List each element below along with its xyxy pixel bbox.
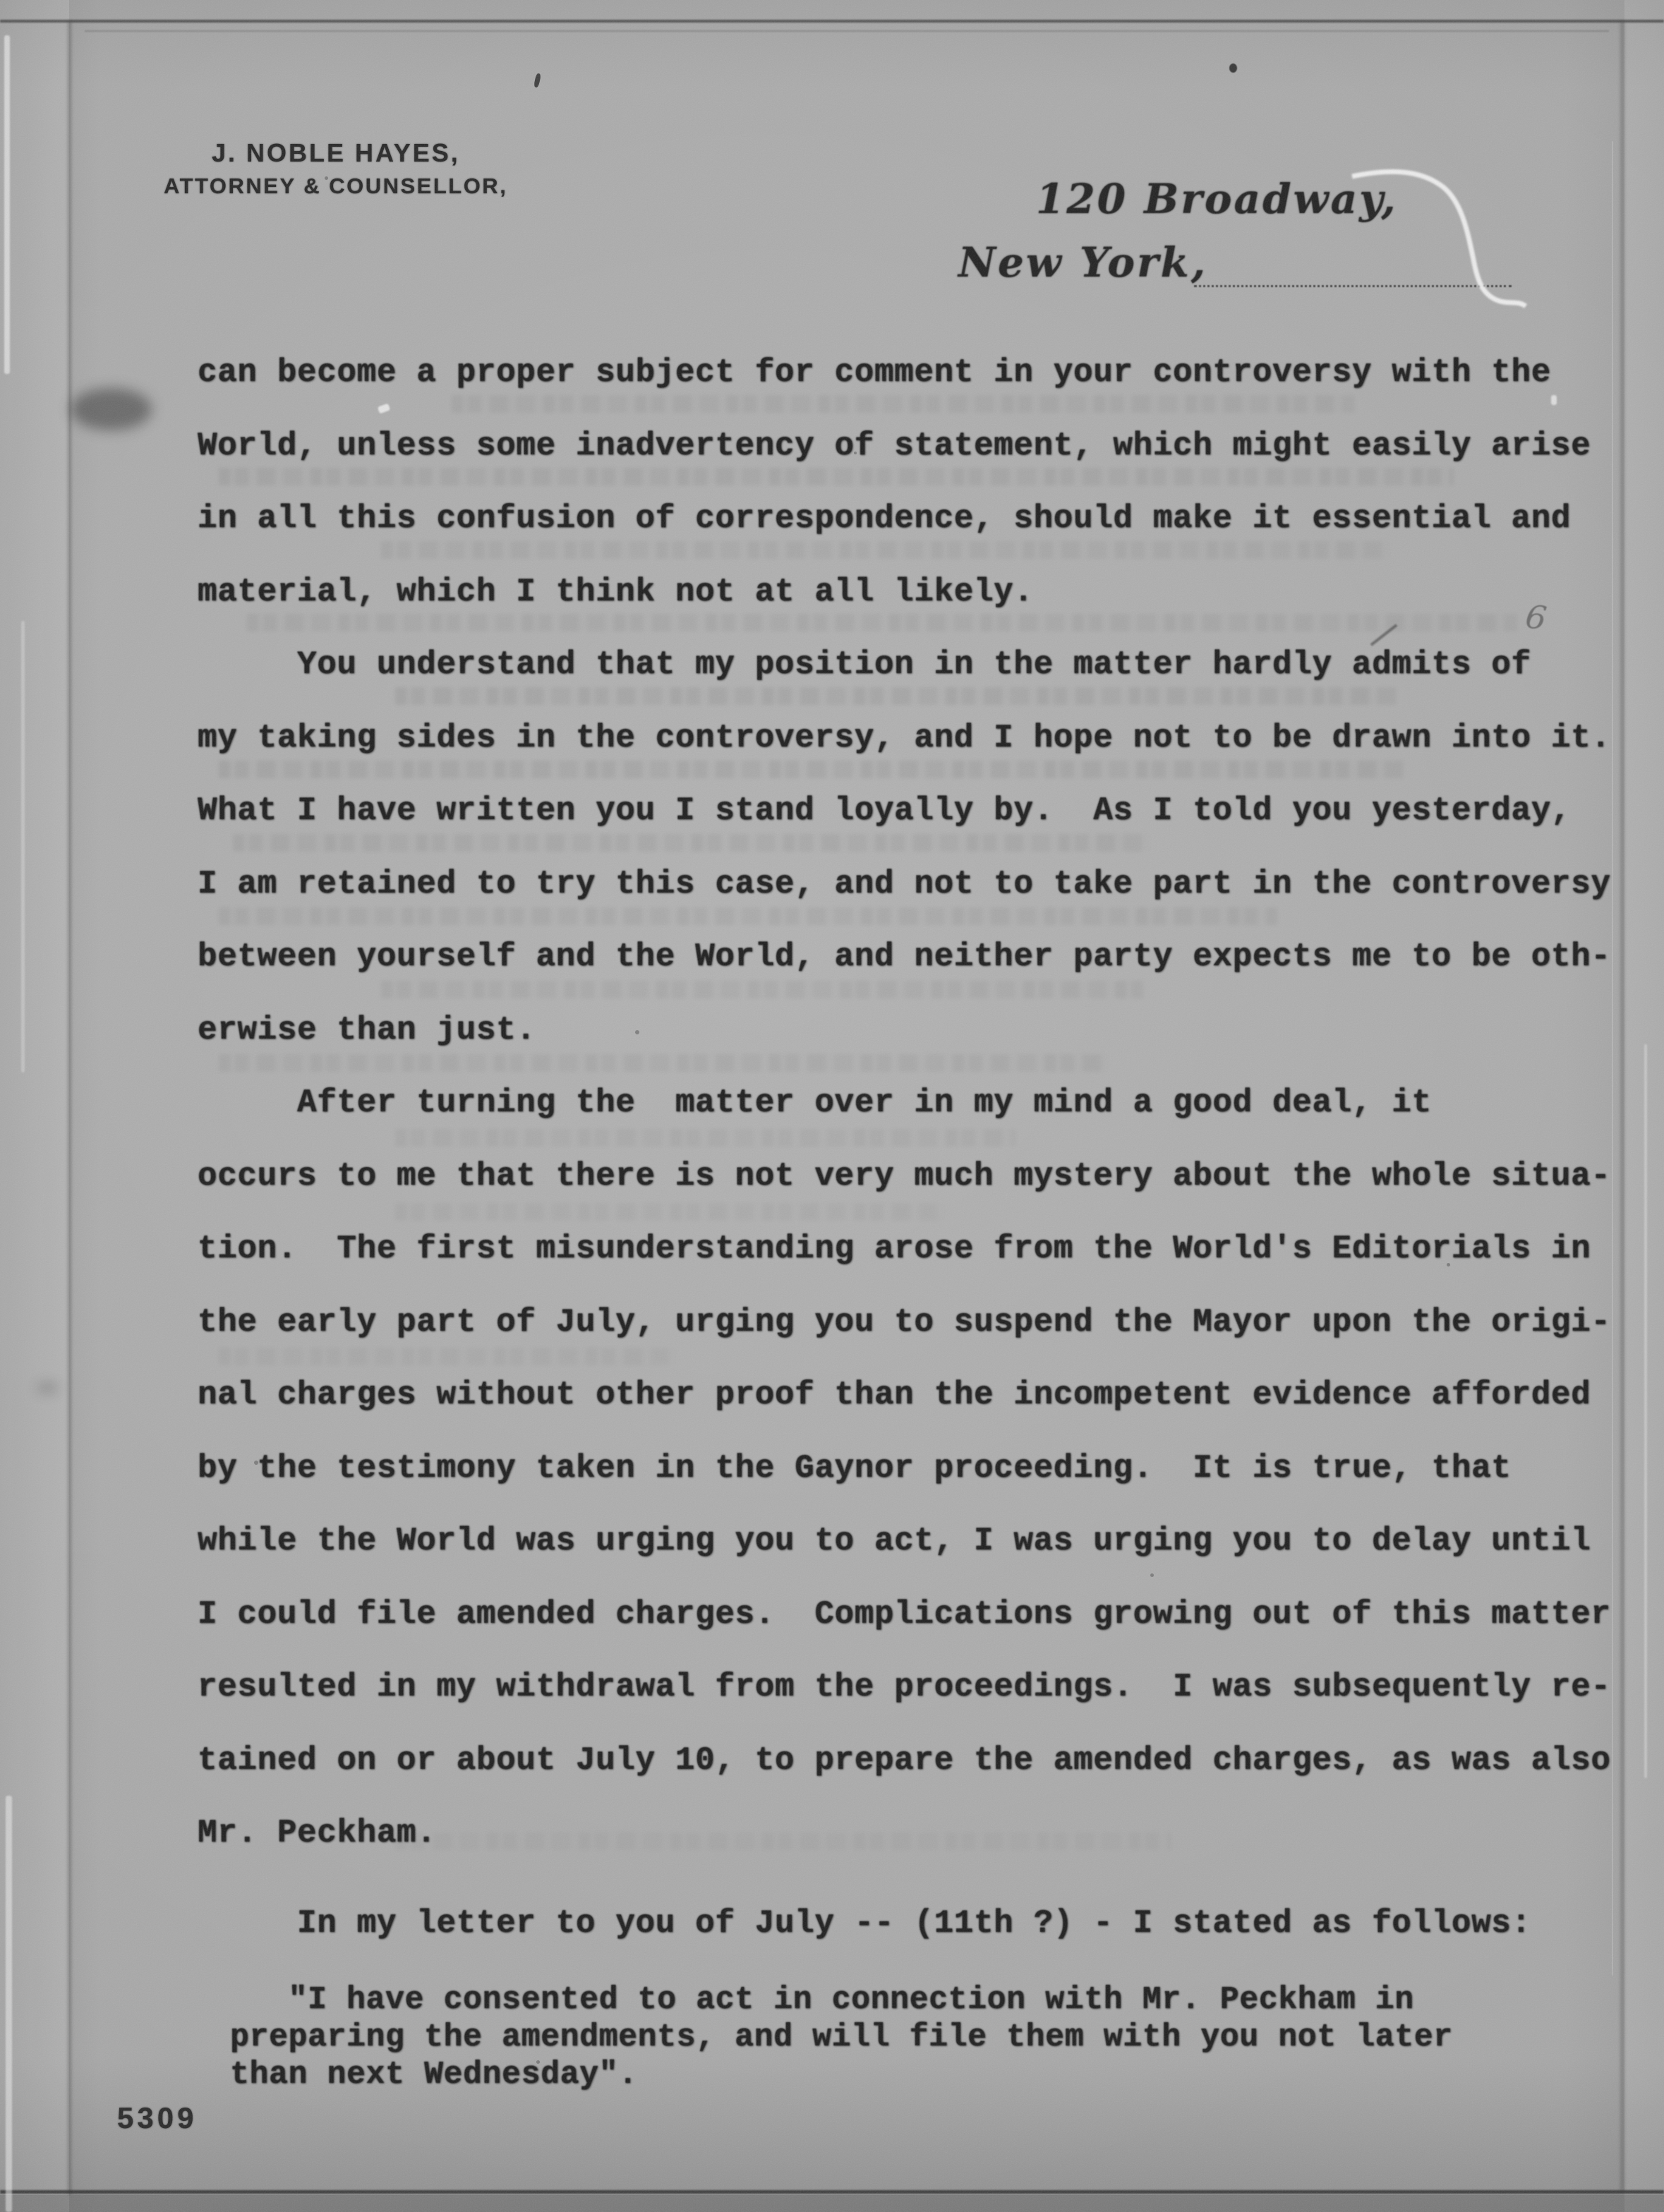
- text-line: nal charges without other proof than the…: [198, 1359, 1611, 1432]
- text-line: erwise than just.: [198, 994, 1611, 1068]
- text-line: preparing the amendments, and will file …: [230, 2019, 1453, 2056]
- text-line: World, unless some inadvertency of state…: [198, 410, 1611, 483]
- paper-left-edge-shadow: [68, 21, 71, 2194]
- text-line: resulted in my withdrawal from the proce…: [198, 1651, 1611, 1724]
- text-line: while the World was urging you to act, I…: [198, 1505, 1611, 1578]
- text-line: "I have consented to act in connection w…: [230, 1981, 1453, 2019]
- dust-speck: [254, 1461, 258, 1465]
- text-line: tained on or about July 10, to prepare t…: [198, 1724, 1611, 1798]
- film-scratch: [4, 35, 10, 374]
- white-speck: [1551, 395, 1557, 405]
- dust-speck: [635, 1030, 639, 1034]
- dust-speck: [325, 176, 328, 180]
- ink-dot: [1229, 64, 1237, 73]
- text-line: than next Wednesday".: [230, 2056, 1453, 2093]
- film-scratch: [1612, 141, 1613, 1976]
- text-line: the early part of July, urging you to su…: [198, 1286, 1611, 1360]
- text-line: in all this confusion of correspondence,…: [198, 483, 1611, 556]
- paper-top-edge: [0, 20, 1664, 23]
- ink-smudge: [37, 1383, 58, 1393]
- letter-intro-line: In my letter to you of July -- (11th ?) …: [198, 1887, 1531, 1961]
- text-line: between yourself and the World, and neit…: [198, 921, 1611, 994]
- film-scratch: [1644, 1044, 1647, 1778]
- paper-right-edge-shadow: [1620, 21, 1624, 2191]
- text-line: occurs to me that there is not very much…: [198, 1140, 1611, 1214]
- letterhead-city: New York,: [958, 238, 1207, 286]
- film-scratch: [6, 1796, 12, 2212]
- stray-comma-mark: [533, 73, 541, 87]
- ink-smudge: [71, 388, 152, 430]
- dust-speck: [1447, 1263, 1450, 1267]
- text-line: by the testimony taken in the Gaynor pro…: [198, 1432, 1611, 1506]
- text-line: You understand that my position in the m…: [198, 629, 1611, 702]
- text-line: Mr. Peckham.: [198, 1797, 1611, 1870]
- letterhead-name: J. NOBLE HAYES,: [212, 138, 460, 168]
- film-scratch: [21, 621, 25, 1072]
- text-line: my taking sides in the controversy, and …: [198, 702, 1611, 775]
- text-line: After turning the matter over in my mind…: [198, 1067, 1611, 1140]
- date-rule: [1194, 251, 1512, 287]
- scanned-letter-page: J. NOBLE HAYES, ATTORNEY & COUNSELLOR, 1…: [0, 0, 1664, 2212]
- text-line: tion. The first misunderstanding arose f…: [198, 1213, 1611, 1286]
- text-line: I am retained to try this case, and not …: [198, 848, 1611, 921]
- dust-speck: [1150, 1573, 1154, 1577]
- text-line: What I have written you I stand loyally …: [198, 775, 1611, 848]
- text-line: material, which I think not at all likel…: [198, 556, 1611, 629]
- letterhead-title: ATTORNEY & COUNSELLOR,: [164, 174, 507, 199]
- dust-speck: [536, 2060, 540, 2064]
- text-line: I could file amended charges. Complicati…: [198, 1578, 1611, 1652]
- letter-body: can become a proper subject for comment …: [198, 337, 1611, 1870]
- text-line: can become a proper subject for comment …: [198, 337, 1611, 410]
- page-number: 5309: [117, 2101, 197, 2135]
- dust-speck: [854, 452, 857, 454]
- quoted-passage: "I have consented to act in connection w…: [230, 1981, 1453, 2093]
- paper-bottom-band: [0, 2195, 1664, 2212]
- paper-bottom-edge: [0, 2190, 1664, 2194]
- paper-top-edge-faint: [85, 30, 1609, 32]
- letterhead-address: 120 Broadway,: [1036, 175, 1398, 223]
- dust-speck: [1080, 741, 1083, 744]
